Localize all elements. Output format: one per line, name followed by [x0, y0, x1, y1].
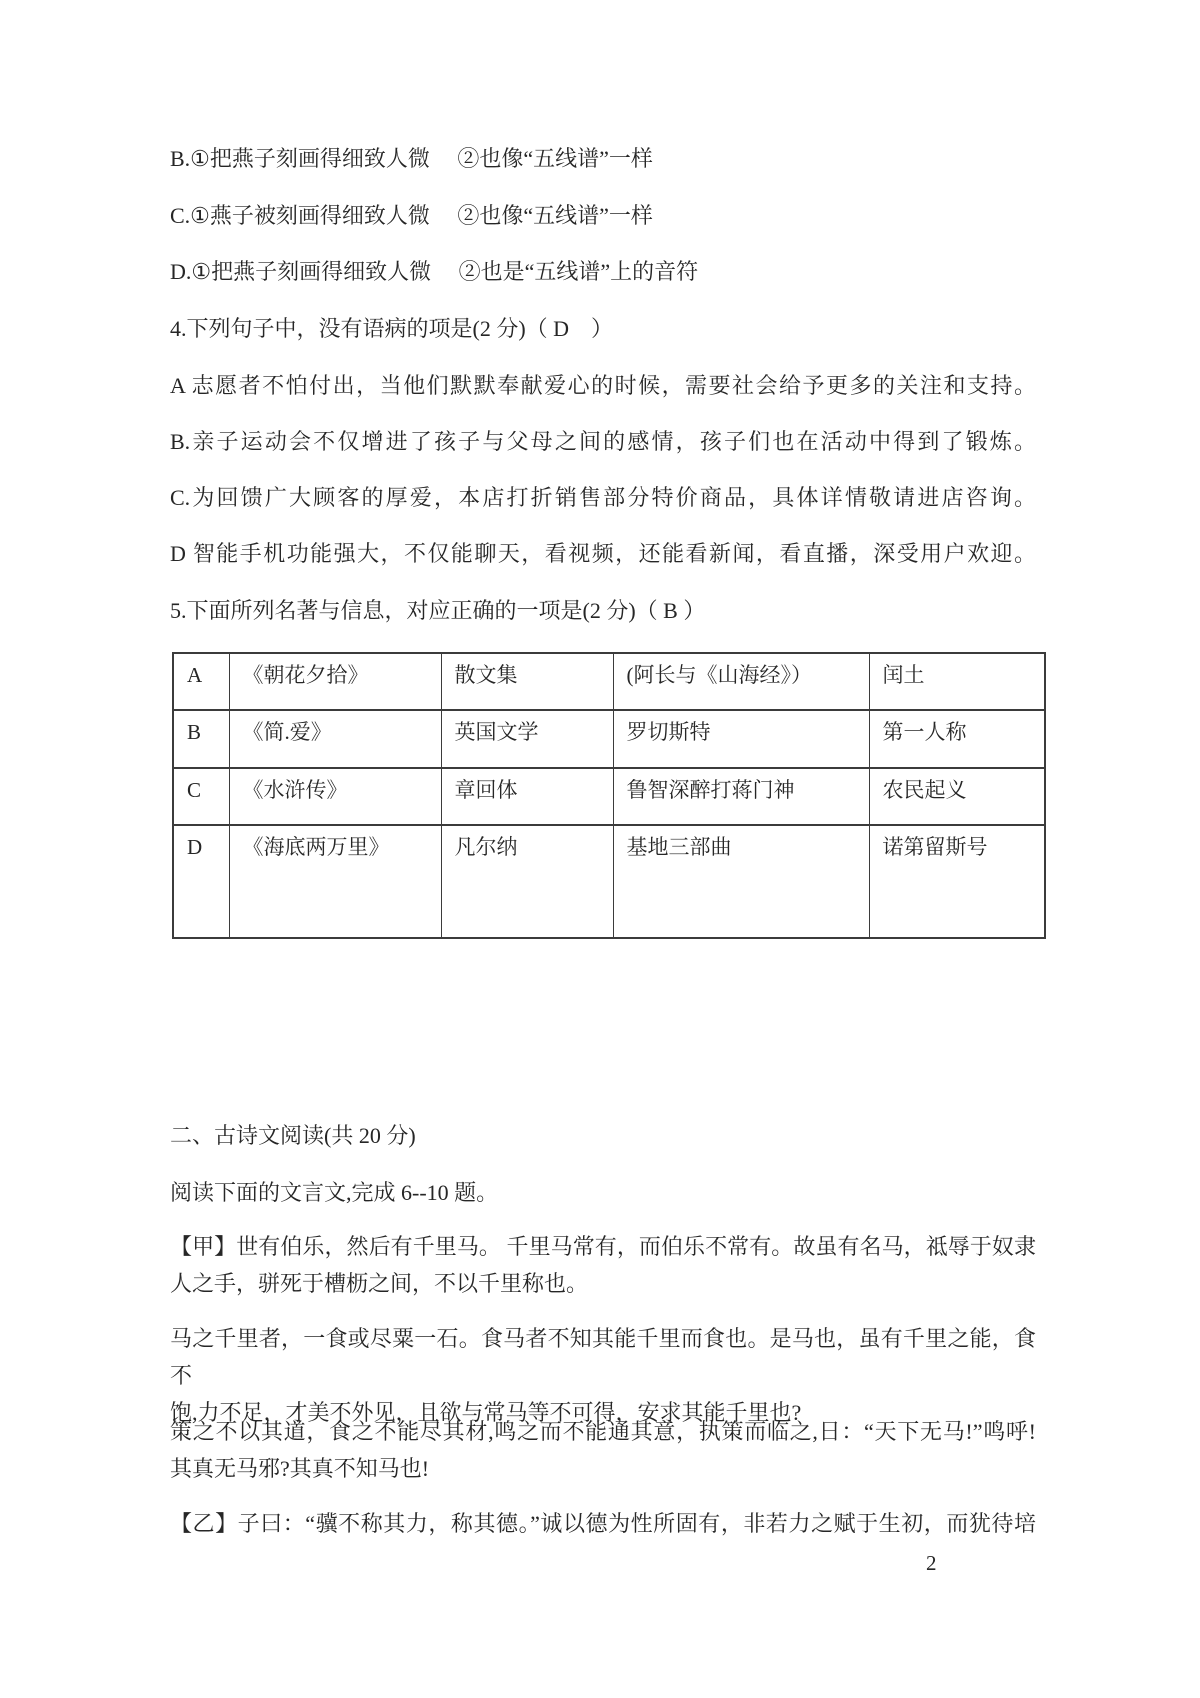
table-cell: 罗切斯特	[613, 710, 869, 768]
q4-option-d: D 智能手机功能强大，不仅能聊天，看视频，还能看新闻，看直播，深受用户欢迎。	[170, 535, 1036, 572]
table-cell: 散文集	[441, 653, 613, 710]
table-row-c: C 《水浒传》 章回体 鲁智深醉打蒋门神 农民起义	[173, 768, 1045, 825]
table-cell: 《简.爱》	[229, 710, 441, 768]
table-cell: 《水浒传》	[229, 768, 441, 825]
q4-option-c: C.为回馈广大顾客的厚爱，本店打折销售部分特价商品，具体详情敬请进店咨询。	[170, 479, 1036, 516]
section2-heading: 二、古诗文阅读(共 20 分)	[170, 1117, 1040, 1154]
passage-line: 马之千里者，一食或尽粟一石。食马者不知其能千里而食也。是马也，虽有千里之能，食不	[170, 1320, 1036, 1394]
table-cell: B	[173, 710, 229, 768]
table-cell: 《海底两万里》	[229, 825, 441, 938]
table-row-a: A 《朝花夕拾》 散文集 (阿长与《山海经》） 闰土	[173, 653, 1045, 710]
table-row-b: B 《简.爱》 英国文学 罗切斯特 第一人称	[173, 710, 1045, 768]
table-cell: 第一人称	[869, 710, 1045, 768]
table-cell: 英国文学	[441, 710, 613, 768]
table-cell: 诺第留斯号	[869, 825, 1045, 938]
q3-option-b: B.①把燕子刻画得细致人微 ②也像“五线谱”一样	[170, 140, 1040, 177]
passage-line: 策之不以其道，食之不能尽其材,鸣之而不能通其意，执策而临之,日：“天下无马!”鸣…	[170, 1413, 1036, 1450]
passage-yi: 【乙】子曰：“骥不称其力，称其德。”诚以德为性所固有，非若力之赋于生初，而犹待培	[170, 1505, 1040, 1542]
q5-stem: 5.下面所列名著与信息，对应正确的一项是(2 分)（ B ）	[170, 592, 1040, 629]
q3-option-d: D.①把燕子刻画得细致人微 ②也是“五线谱”上的音符	[170, 253, 1040, 290]
table-cell: 鲁智深醉打蒋门神	[613, 768, 869, 825]
table-cell: 农民起义	[869, 768, 1045, 825]
table-cell: 凡尔纳	[441, 825, 613, 938]
q4-option-a: A 志愿者不怕付出，当他们默默奉献爱心的时候，需要社会给予更多的关注和支持。	[170, 367, 1036, 404]
table-cell: 基地三部曲	[613, 825, 869, 938]
table-cell: A	[173, 653, 229, 710]
table-cell: 章回体	[441, 768, 613, 825]
page-number: 2	[926, 1548, 937, 1578]
table-cell: 《朝花夕拾》	[229, 653, 441, 710]
table-cell: D	[173, 825, 229, 938]
q4-option-b: B.亲子运动会不仅增进了孩子与父母之间的感情，孩子们也在活动中得到了锻炼。	[170, 423, 1036, 460]
passage-para-3: 策之不以其道，食之不能尽其材,鸣之而不能通其意，执策而临之,日：“天下无马!”鸣…	[170, 1413, 1040, 1487]
passage-line: 其真无马邪?其真不知马也!	[170, 1450, 1040, 1487]
passage-line: 【乙】子曰：“骥不称其力，称其德。”诚以德为性所固有，非若力之赋于生初，而犹待培	[170, 1505, 1036, 1542]
passage-jia: 【甲】世有伯乐，然后有千里马。 千里马常有，而伯乐不常有。故虽有名马，祗辱于奴隶…	[170, 1228, 1040, 1302]
exam-document-page: B.①把燕子刻画得细致人微 ②也像“五线谱”一样 C.①燕子被刻画得细致人微 ②…	[0, 0, 1200, 1698]
table-cell: 闰土	[869, 653, 1045, 710]
q3-option-c: C.①燕子被刻画得细致人微 ②也像“五线谱”一样	[170, 197, 1040, 234]
question5-table: A 《朝花夕拾》 散文集 (阿长与《山海经》） 闰土 B 《简.爱》 英国文学 …	[172, 652, 1046, 939]
table-cell: (阿长与《山海经》）	[613, 653, 869, 710]
passage-line: 人之手，骈死于槽枥之间，不以千里称也。	[170, 1265, 1040, 1302]
q4-stem: 4.下列句子中，没有语病的项是(2 分)（ D ）	[170, 310, 1040, 347]
passage-line: 【甲】世有伯乐，然后有千里马。 千里马常有，而伯乐不常有。故虽有名马，祗辱于奴隶	[170, 1228, 1036, 1265]
table-row-d: D 《海底两万里》 凡尔纳 基地三部曲 诺第留斯号	[173, 825, 1045, 938]
table-cell: C	[173, 768, 229, 825]
section2-intro: 阅读下面的文言文,完成 6--10 题。	[170, 1174, 1040, 1211]
